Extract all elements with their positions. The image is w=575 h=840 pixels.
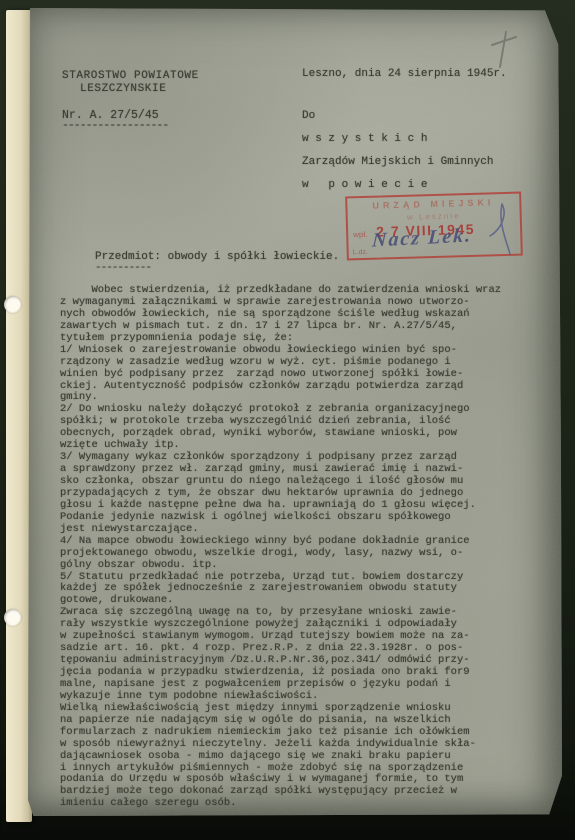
reference-underline: ------------------ [62,119,168,132]
body-text: Wobec stwierdzenia, iż przedkładane do z… [60,285,546,810]
document-sheet: STAROSTWO POWIATOWE LESZCZYNSKIE Nr. A. … [28,8,562,816]
stamp-received-label: wpł. [353,230,367,239]
recipient-line-3: w p o w i e c i e [302,179,427,191]
archive-watermark: Archiwum Państwowe w Lesznie [0,646,3,835]
ink-flourish-icon [484,200,514,260]
recipient-intro: Do [302,110,315,122]
body-line: projektowanego obwodu, wszelkie drogi, w… [60,548,546,560]
stamp-ldz-label: L.dz. [353,249,368,256]
punch-hole-top [4,296,21,313]
body-line: tytułem przypomnienia podaje się, że: [60,333,546,345]
body-line: Wielką niewłaściwością jest między innym… [60,703,546,715]
subject-underline: ---------- [95,262,151,274]
dateline: Leszno, dnia 24 sierpnia 1945r. [302,68,507,80]
body-line: winien być podpisany przez zarząd nowo u… [60,369,546,381]
punch-hole-bottom [4,609,21,626]
body-line: Podanie jedynie nazwisk i ogólnej wielko… [60,512,546,524]
recipient-line-1: w s z y s t k i c h [302,133,427,145]
body-line: 4/ Na mapce obwodu łowieckiego winny być… [60,536,546,548]
body-line: imieniu całego szeregu osób. [60,798,546,810]
recipient-line-2: Zarządów Miejskich i Gminnych [302,156,493,168]
body-line: jest niewystarczające. [60,524,546,536]
body-line: ckiej. Autentyczność podpisów członków z… [60,381,546,393]
letterhead-district: LESZCZYNSKIE [80,83,166,95]
body-line: rządzony w zasadzie według wzoru w wyż. … [60,357,546,369]
body-line: formularzach z nadrukiem niemieckim jako… [60,727,546,739]
body-line: dającawniosek osoba - mimo dającego się … [60,751,546,763]
body-line: gólny obszar obwodu. itp. [60,560,546,572]
underlying-page-edge [6,10,32,822]
body-line: na papierze nie nadającym się w ogóle do… [60,715,546,727]
body-line: 1/ Wniosek o zarejestrowanie obwodu łowi… [60,345,546,357]
body-line: zawartych w pismach tut. z dn. 17 i 27 l… [60,321,546,333]
letterhead-office: STAROSTWO POWIATOWE [62,70,199,82]
body-line: w sposób niewyraźnyi nieczytelny. Jeżeli… [60,739,546,751]
pencil-mark-icon [488,30,520,70]
scanned-document-page: STAROSTWO POWIATOWE LESZCZYNSKIE Nr. A. … [0,0,575,840]
